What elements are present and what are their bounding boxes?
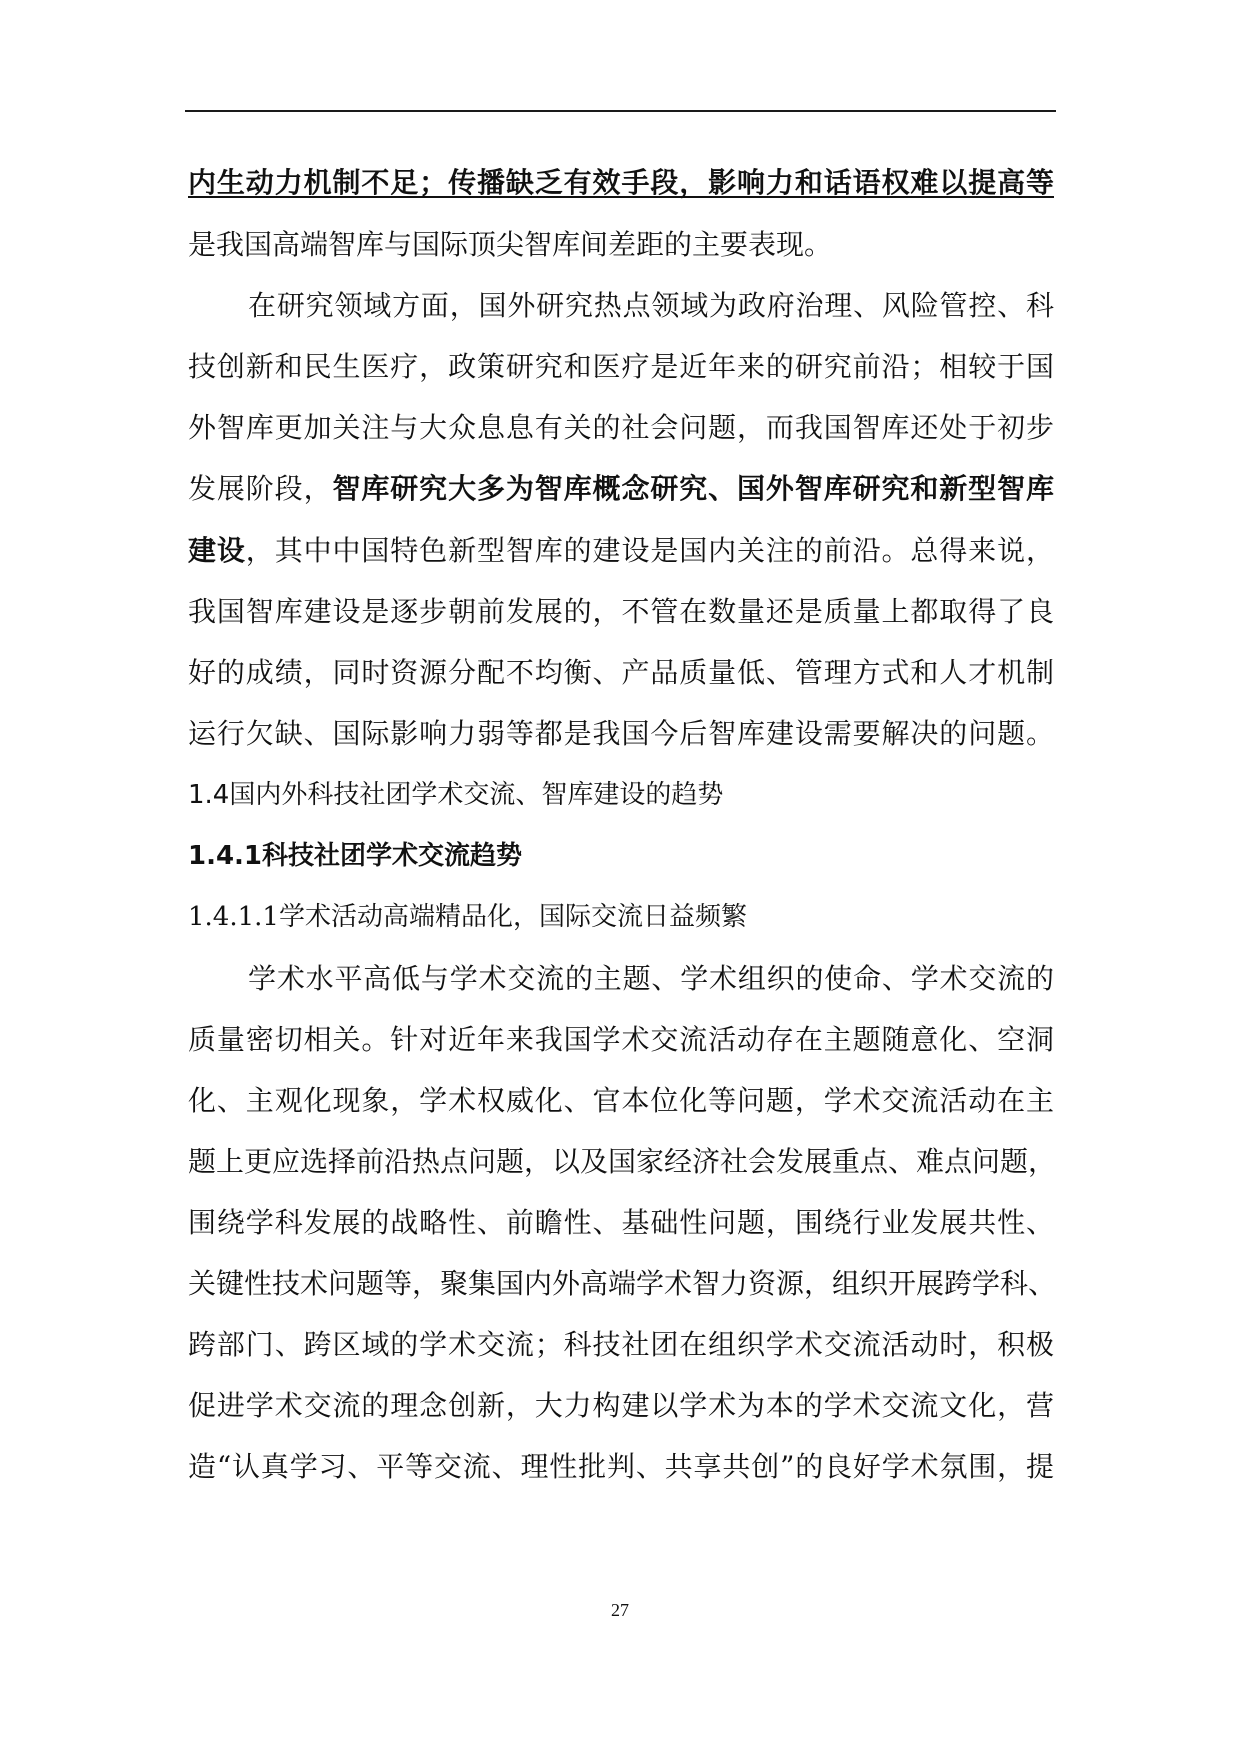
plain-text: 发展阶段， (188, 472, 332, 505)
section-heading-1-4-1-1: 1.4.1.1学术活动高端精品化，国际交流日益频繁 (188, 899, 1054, 935)
paragraph-line: 学术水平高低与学术交流的主题、学术组织的使命、学术交流的 (248, 961, 1054, 997)
section-heading-1-4: 1.4国内外科技社团学术交流、智库建设的趋势 (188, 777, 1054, 813)
paragraph-line-mixed: 发展阶段，智库研究大多为智库概念研究、国外智库研究和新型智库 (188, 471, 1054, 507)
paragraph-line: 围绕学科发展的战略性、前瞻性、基础性问题，围绕行业发展共性、 (188, 1205, 1054, 1241)
paragraph-line: 质量密切相关。针对近年来我国学术交流活动存在主题随意化、空洞 (188, 1022, 1054, 1058)
paragraph-line: 外智库更加关注与大众息息有关的社会问题，而我国智库还处于初步 (188, 410, 1054, 446)
paragraph-line: 技创新和民生医疗，政策研究和医疗是近年来的研究前沿；相较于国 (188, 349, 1054, 385)
bold-text: 智库研究大多为智库概念研究、国外智库研究和新型智库 (332, 472, 1054, 505)
section-heading-1-4-1: 1.4.1科技社团学术交流趋势 (188, 838, 1054, 874)
paragraph-line: 题上更应选择前沿热点问题，以及国家经济社会发展重点、难点问题， (188, 1144, 1054, 1180)
paragraph-line: 在研究领域方面，国外研究热点领域为政府治理、风险管控、科 (248, 288, 1054, 324)
bold-text: 建设 (188, 534, 246, 567)
paragraph-line: 关键性技术问题等，聚集国内外高端学术智力资源，组织开展跨学科、 (188, 1266, 1054, 1302)
paragraph-line: 造“认真学习、平等交流、理性批判、共享共创”的良好学术氛围，提 (188, 1449, 1054, 1485)
plain-text: ，其中中国特色新型智库的建设是国内关注的前沿。总得来说， (246, 534, 1054, 567)
paragraph-line: 促进学术交流的理念创新，大力构建以学术为本的学术交流文化，营 (188, 1388, 1054, 1424)
paragraph-line: 化、主观化现象，学术权威化、官本位化等问题，学术交流活动在主 (188, 1083, 1054, 1119)
page-number: 27 (0, 1600, 1240, 1621)
paragraph-line: 我国智库建设是逐步朝前发展的，不管在数量还是质量上都取得了良 (188, 594, 1054, 630)
paragraph-line: 是我国高端智库与国际顶尖智库间差距的主要表现。 (188, 227, 1054, 263)
header-rule (185, 110, 1056, 112)
paragraph-line-emphasized: 内生动力机制不足；传播缺乏有效手段，影响力和话语权难以提高等 (188, 165, 1054, 201)
paragraph-line: 运行欠缺、国际影响力弱等都是我国今后智库建设需要解决的问题。 (188, 716, 1054, 752)
paragraph-line-mixed: 建设，其中中国特色新型智库的建设是国内关注的前沿。总得来说， (188, 533, 1054, 569)
paragraph-line: 好的成绩，同时资源分配不均衡、产品质量低、管理方式和人才机制 (188, 655, 1054, 691)
paragraph-line: 跨部门、跨区域的学术交流；科技社团在组织学术交流活动时，积极 (188, 1327, 1054, 1363)
